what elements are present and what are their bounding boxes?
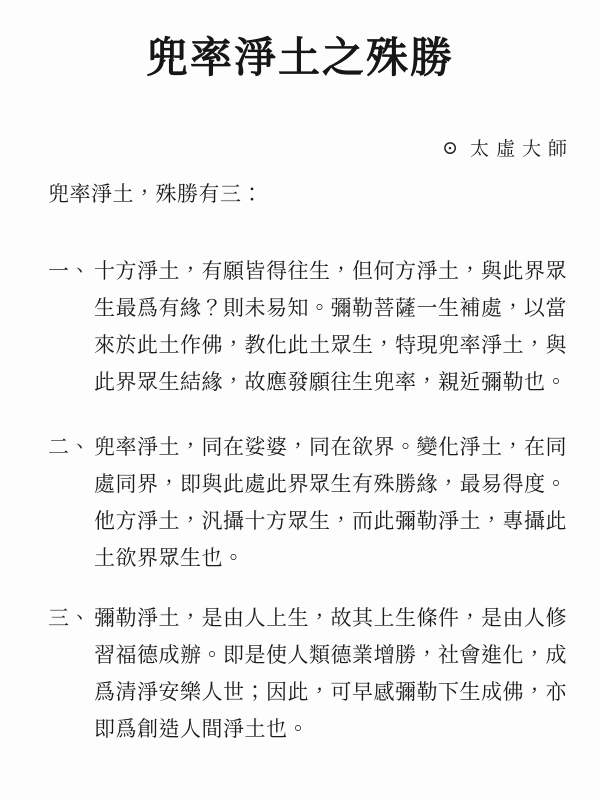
page-title: 兜率淨土之殊勝 — [0, 0, 600, 84]
paragraph-1: 一、十方淨土，有願皆得往生，但何方淨土，與此界眾 生最爲有緣？則未易知。彌勒菩薩… — [48, 253, 600, 401]
text-line: 一、十方淨土，有願皆得往生，但何方淨土，與此界眾 — [48, 253, 600, 290]
text-line: 爲清淨安樂人世；因此，可早感彌勒下生成佛，亦 — [94, 674, 600, 711]
author-line: ⊙太虛大師 — [0, 136, 600, 163]
text-line: 三、彌勒淨土，是由人上生，故其上生條件，是由人修 — [48, 600, 600, 637]
text-line: 他方淨土，汎攝十方眾生，而此彌勒淨土，專攝此 — [94, 503, 600, 540]
text-line: 來於此土作佛，教化此土眾生，特現兜率淨土，與 — [94, 327, 600, 364]
document-page: 兜率淨土之殊勝 ⊙太虛大師 兜率淨土，殊勝有三： 一、十方淨土，有願皆得往生，但… — [0, 0, 600, 800]
intro-line: 兜率淨土，殊勝有三： — [48, 181, 600, 207]
text-line: 即爲創造人間淨土也。 — [94, 711, 600, 748]
text-line: 此界眾生結緣，故應發願往生兜率，親近彌勒也。 — [94, 364, 600, 401]
list-marker-1: 一、 — [48, 253, 94, 290]
text-line: 二、兜率淨土，同在娑婆，同在欲界。變化淨土，在同 — [48, 429, 600, 466]
text-line: 土欲界眾生也。 — [94, 540, 600, 577]
circled-dot-icon: ⊙ — [442, 136, 458, 162]
list-marker-3: 三、 — [48, 600, 94, 637]
text-line: 生最爲有緣？則未易知。彌勒菩薩一生補處，以當 — [94, 290, 600, 327]
text-line: 習福德成辦。即是使人類德業增勝，社會進化，成 — [94, 637, 600, 674]
list-marker-2: 二、 — [48, 429, 94, 466]
text-line-content: 十方淨土，有願皆得往生，但何方淨土，與此界眾 — [94, 259, 567, 283]
text-line: 處同界，即與此處此界眾生有殊勝緣，最易得度。 — [94, 466, 600, 503]
paragraph-2: 二、兜率淨土，同在娑婆，同在欲界。變化淨土，在同 處同界，即與此處此界眾生有殊勝… — [48, 429, 600, 577]
text-line-content: 兜率淨土，同在娑婆，同在欲界。變化淨土，在同 — [94, 435, 567, 459]
text-line-content: 彌勒淨土，是由人上生，故其上生條件，是由人修 — [94, 606, 567, 630]
paragraph-3: 三、彌勒淨土，是由人上生，故其上生條件，是由人修 習福德成辦。即是使人類德業增勝… — [48, 600, 600, 748]
author-name: 太虛大師 — [470, 139, 574, 160]
